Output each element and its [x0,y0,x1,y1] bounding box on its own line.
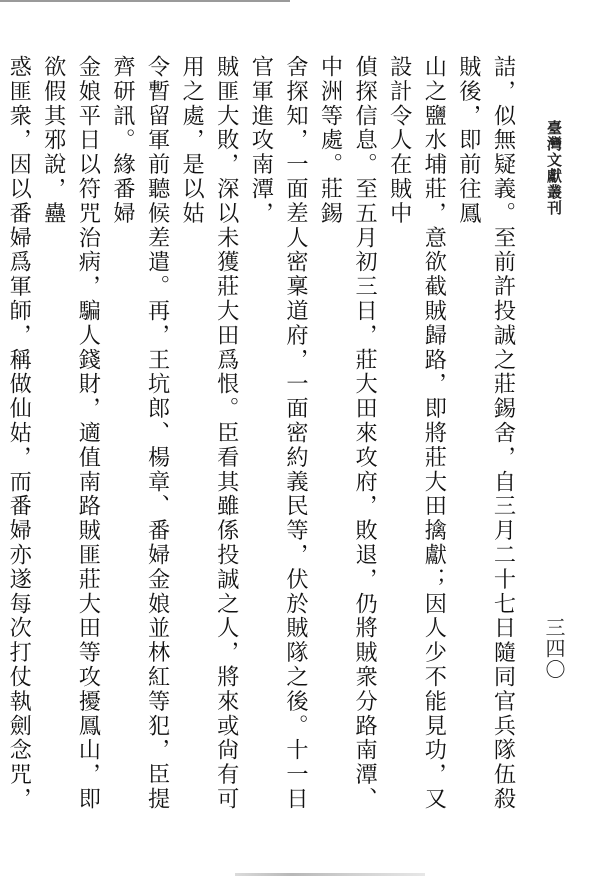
text-column-6: 令暫留軍前聽候差遣。再，王坑郎、楊章、番婦金娘並林紅等犯，臣提齊研訊。緣番婦 [105,55,174,825]
vertical-text-body: 詰，似無疑義。至前許投誠之莊錫舍，自三月二十七日隨同官兵隊伍殺賊後，即前往鳳 山… [50,55,520,825]
text-column-8: 惑匪衆，因以番婦爲軍師，稱做仙姑，而番婦亦遂每次打仗執劍念咒，作此鬼蜮伎倆， [0,55,36,825]
scan-edge-smudge [235,873,425,876]
page-number: 三四〇 [540,617,569,680]
text-column-3: 偵探信息。至五月初三日，莊大田來攻府，敗退，仍將賊衆分路南潭、中洲等處。莊錫 [312,55,381,825]
text-column-1: 詰，似無疑義。至前許投誠之莊錫舍，自三月二十七日隨同官兵隊伍殺賊後，即前往鳳 [451,55,520,825]
scan-edge-line [0,0,290,2]
text-column-5: 賊匪大敗，深以未獲莊大田爲恨。臣看其雖係投誠之人，將來或尙有可用之處，是以姑 [174,55,243,825]
text-column-7: 金娘平日以符咒治病，騙人錢財，適值南路賊匪莊大田等攻擾鳳山，即欲假其邪說，蠱 [36,55,105,825]
text-column-2: 山之鹽水埔莊，意欲截賊歸路，即將莊大田擒獻；因人少不能見功，又設計令人在賊中 [382,55,451,825]
running-header: 臺灣文獻叢刊 [544,120,565,216]
text-column-4: 舍探知，一面差人密稟道府，一面密約義民等，伏於賊隊之後。十一日官軍進攻南潭， [243,55,312,825]
